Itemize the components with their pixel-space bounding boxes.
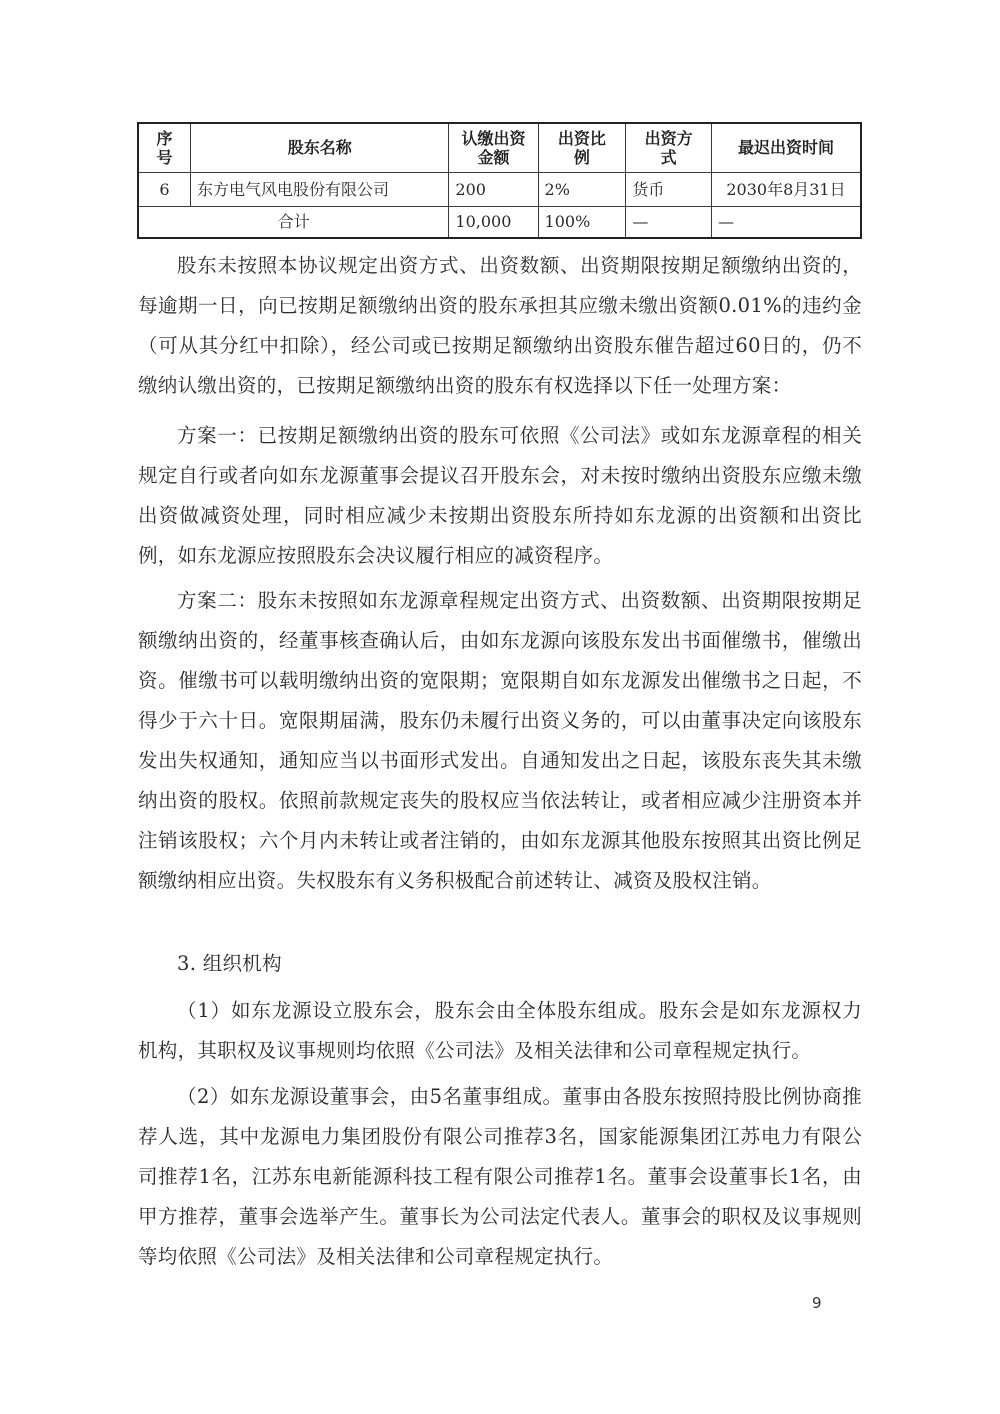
cell-index: 6 [138, 172, 191, 206]
shareholder-contribution-table: 序 号 股东名称 认缴出资 金额 出资比 例 出资方 式 [137, 122, 862, 239]
plan-two-paragraph: 方案二：股东未按照如东龙源章程规定出资方式、出资数额、出资期限按期足额缴纳出资的… [138, 581, 862, 901]
header-index-line-1: 序 [145, 129, 184, 148]
header-amount-line-2: 金额 [455, 148, 531, 167]
cell-ratio: 2% [538, 172, 626, 206]
header-index: 序 号 [138, 123, 191, 172]
table-header-row: 序 号 股东名称 认缴出资 金额 出资比 例 出资方 式 [138, 123, 861, 172]
total-method: — [626, 206, 712, 238]
total-ratio: 100% [538, 206, 626, 238]
header-amount-line-1: 认缴出资 [455, 129, 531, 148]
header-name-text: 股东名称 [197, 138, 442, 157]
header-subscribed-amount: 认缴出资 金额 [449, 123, 538, 172]
header-contribution-method: 出资方 式 [626, 123, 712, 172]
cell-deadline: 2030年8月31日 [711, 172, 861, 206]
header-index-line-2: 号 [145, 148, 184, 167]
document-page: 序 号 股东名称 认缴出资 金额 出资比 例 出资方 式 [0, 0, 1000, 1414]
header-ratio-line-1: 出资比 [545, 129, 620, 148]
header-latest-contribution-date: 最迟出资时间 [711, 123, 861, 172]
header-ratio-line-2: 例 [545, 148, 620, 167]
table-total-row: 合计 10,000 100% — — [138, 206, 861, 238]
total-label: 合计 [138, 206, 449, 238]
table-row: 6 东方电气风电股份有限公司 200 2% 货币 2030年8月31日 [138, 172, 861, 206]
cell-shareholder-name: 东方电气风电股份有限公司 [191, 172, 449, 206]
cell-amount: 200 [449, 172, 538, 206]
plan-one-paragraph: 方案一：已按期足额缴纳出资的股东可依照《公司法》或如东龙源章程的相关规定自行或者… [138, 416, 862, 576]
section-heading: 3. 组织机构 [138, 944, 862, 984]
total-amount: 10,000 [449, 206, 538, 238]
header-method-line-1: 出资方 [632, 129, 705, 148]
header-shareholder-name: 股东名称 [191, 123, 449, 172]
cell-method: 货币 [626, 172, 712, 206]
header-contribution-ratio: 出资比 例 [538, 123, 626, 172]
page-number: 9 [812, 1294, 822, 1312]
item-two-paragraph: （2）如东龙源设董事会，由5名董事组成。董事由各股东按照持股比例协商推荐人选，其… [138, 1077, 862, 1277]
breach-clause-paragraph: 股东未按照本协议规定出资方式、出资数额、出资期限按期足额缴纳出资的，每逾期一日，… [138, 246, 862, 406]
item-one-paragraph: （1）如东龙源设立股东会，股东会由全体股东组成。股东会是如东龙源权力机构，其职权… [138, 991, 862, 1071]
total-deadline: — [711, 206, 861, 238]
header-method-line-2: 式 [632, 148, 705, 167]
header-date-text: 最迟出资时间 [718, 138, 854, 157]
